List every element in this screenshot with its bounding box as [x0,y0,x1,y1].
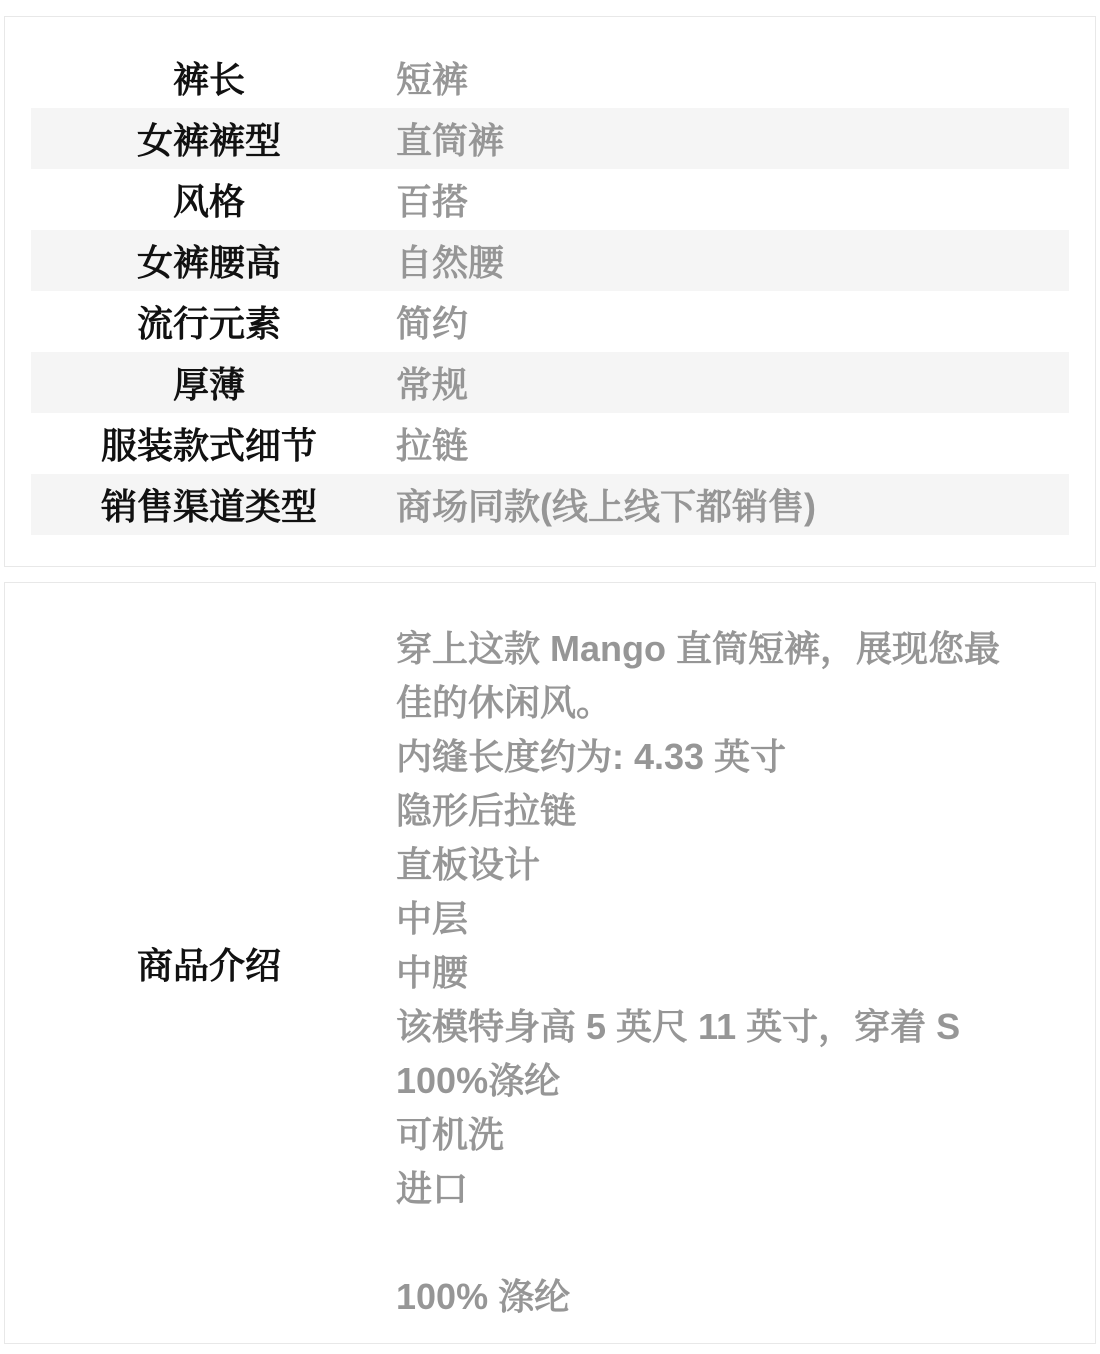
intro-line: 该模特身高 5 英尺 11 英寸，穿着 S [396,1000,1000,1054]
intro-label: 商品介绍 [31,938,387,989]
intro-line: 内缝长度约为: 4.33 英寸 [396,730,1000,784]
spec-value: 常规 [396,357,468,408]
spec-row: 裤长 短裤 [31,47,1069,108]
spec-value: 百搭 [396,174,468,225]
spec-label: 销售渠道类型 [31,479,387,530]
spec-value: 自然腰 [396,235,504,286]
spec-label: 女裤裤型 [31,113,387,164]
spec-row: 流行元素 简约 [31,291,1069,352]
spec-label: 风格 [31,174,387,225]
intro-line: 隐形后拉链 [396,784,1000,838]
intro-text: 穿上这款 Mango 直筒短裤，展现您最 佳的休闲风。 内缝长度约为: 4.33… [396,622,1000,1324]
intro-line: 佳的休闲风。 [396,676,1000,730]
spec-label: 流行元素 [31,296,387,347]
spec-value: 简约 [396,296,468,347]
intro-line: 中层 [396,892,1000,946]
spec-label: 女裤腰高 [31,235,387,286]
spec-label: 厚薄 [31,357,387,408]
spec-row: 销售渠道类型 商场同款(线上线下都销售) [31,474,1069,535]
intro-line: 100% 涤纶 [396,1270,1000,1324]
product-intro-card: 商品介绍 穿上这款 Mango 直筒短裤，展现您最 佳的休闲风。 内缝长度约为:… [4,582,1096,1344]
spec-row: 女裤腰高 自然腰 [31,230,1069,291]
intro-line: 中腰 [396,946,1000,1000]
spec-value: 短裤 [396,52,468,103]
spec-row: 风格 百搭 [31,169,1069,230]
spec-row: 厚薄 常规 [31,352,1069,413]
spec-table-card: 裤长 短裤 女裤裤型 直筒裤 风格 百搭 女裤腰高 自然腰 流行元素 简约 厚薄… [4,16,1096,567]
spec-label: 裤长 [31,52,387,103]
spec-row: 服装款式细节 拉链 [31,413,1069,474]
spec-value: 商场同款(线上线下都销售) [396,479,816,530]
intro-line: 直板设计 [396,838,1000,892]
intro-line-blank [396,1216,1000,1270]
intro-line: 进口 [396,1162,1000,1216]
spec-value: 直筒裤 [396,113,504,164]
spec-row: 女裤裤型 直筒裤 [31,108,1069,169]
spec-value: 拉链 [396,418,468,469]
intro-line: 可机洗 [396,1108,1000,1162]
intro-line: 100%涤纶 [396,1054,1000,1108]
spec-label: 服装款式细节 [31,418,387,469]
intro-line: 穿上这款 Mango 直筒短裤，展现您最 [396,622,1000,676]
product-detail-page: 裤长 短裤 女裤裤型 直筒裤 风格 百搭 女裤腰高 自然腰 流行元素 简约 厚薄… [0,0,1100,1354]
